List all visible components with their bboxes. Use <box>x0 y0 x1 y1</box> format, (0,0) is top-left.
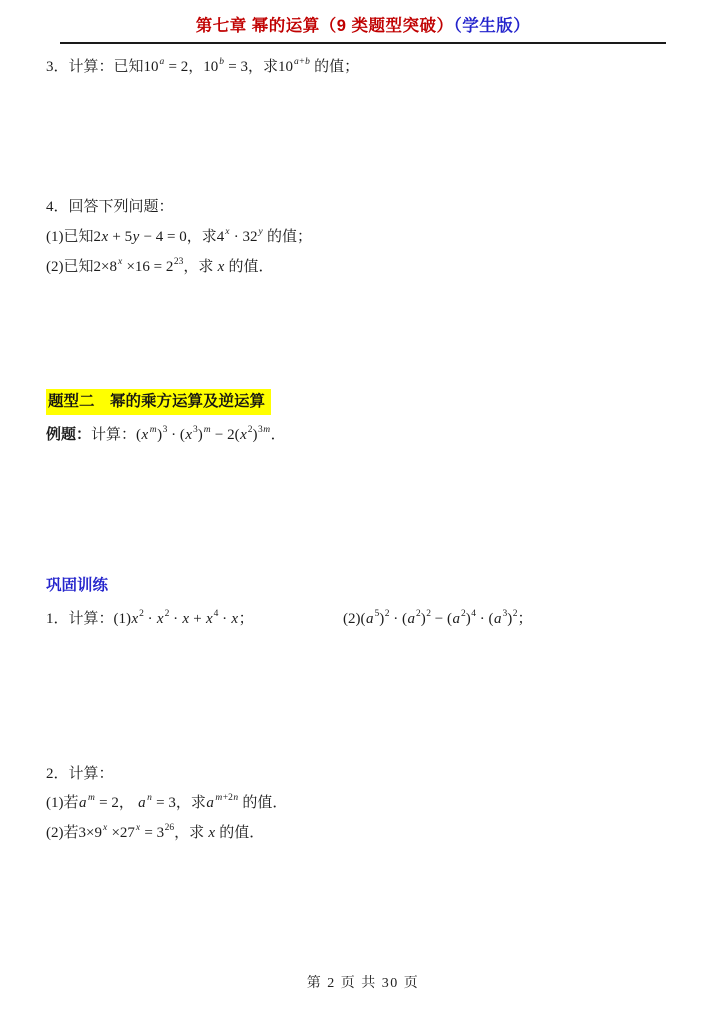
text-run: ， <box>119 795 138 811</box>
text-run: 计算： <box>91 427 136 443</box>
text-run: 的值． <box>239 795 288 811</box>
math-run: x <box>217 259 225 275</box>
text-run: 的值； <box>263 229 312 245</box>
text-run: ，求 <box>183 259 217 275</box>
text-run: (2)若 <box>46 825 79 841</box>
problem-2-heading: 2．计算： <box>46 764 114 784</box>
text-run: 4．回答下列问题： <box>46 199 174 215</box>
math-run: 10b = 3 <box>203 59 248 75</box>
text-run: ； <box>517 611 532 627</box>
text-run: ，求 <box>187 229 217 245</box>
math-run: 2×8x ×16 = 223 <box>94 259 184 275</box>
problem-1-part-2: (2)(a5)2 · (a2)2 − (a2)4 · (a3)2； <box>343 609 532 629</box>
problem-4-heading: 4．回答下列问题： <box>46 197 174 217</box>
problem-2-part-1: (1)若am = 2， an = 3，求am+2n 的值． <box>46 793 287 813</box>
page-footer: 第 2 页 共 30 页 <box>0 972 726 992</box>
example-line: 例题：计算：(xm)3 · (x3)m − 2(x2)3m． <box>46 425 286 445</box>
text-run: ，求 <box>174 825 208 841</box>
document-header: 第七章 幂的运算（9 类题型突破）（学生版） <box>0 12 726 36</box>
text-run: (1)若 <box>46 795 79 811</box>
text-run: 1．计算：(1) <box>46 611 131 627</box>
math-run: 10a+b <box>278 59 310 75</box>
problem-4-part-2: (2)已知2×8x ×16 = 223，求 x 的值． <box>46 257 274 277</box>
consolidation-heading: 巩固训练 <box>46 573 108 595</box>
text-run: ，求 <box>248 59 278 75</box>
topic-2-heading: 题型二 幂的乘方运算及逆运算 <box>46 389 271 415</box>
math-run: am+2n <box>206 795 239 811</box>
math-run: (xm)3 · (x3)m − 2(x2)3m <box>136 427 271 443</box>
header-title-edition: （学生版） <box>454 17 531 35</box>
text-run: (1)已知 <box>46 229 94 245</box>
problem-4-part-1: (1)已知2x + 5y − 4 = 0，求4x · 32y 的值； <box>46 227 312 247</box>
problem-1-line-left: 1．计算：(1)x2 · x2 · x + x4 · x； <box>46 609 254 629</box>
math-run: am = 2 <box>79 795 119 811</box>
document-page: 第七章 幂的运算（9 类题型突破）（学生版） 3．计算：已知10a = 2，10… <box>0 0 726 1024</box>
text-run: 2．计算： <box>46 766 114 782</box>
header-divider <box>60 42 666 44</box>
math-run: an = 3 <box>138 795 176 811</box>
text-run: 的值． <box>216 825 265 841</box>
text-run: (2) <box>343 611 361 627</box>
text-run: 的值； <box>310 59 359 75</box>
text-run: 的值． <box>225 259 274 275</box>
problem-3-line: 3．计算：已知10a = 2，10b = 3，求10a+b 的值； <box>46 57 359 77</box>
math-run: x2 · x2 · x + x4 · x <box>131 611 239 627</box>
math-run: 4x · 32y <box>217 229 263 245</box>
text-run: ，求 <box>176 795 206 811</box>
math-run: 3×9x ×27x = 326 <box>79 825 175 841</box>
math-run: x <box>208 825 216 841</box>
text-run: 例题： <box>46 426 91 443</box>
text-run: 3．计算：已知 <box>46 59 144 75</box>
math-run: (a5)2 · (a2)2 − (a2)4 · (a3)2 <box>361 611 518 627</box>
problem-2-part-2: (2)若3×9x ×27x = 326，求 x 的值． <box>46 823 264 843</box>
text-run: (2)已知 <box>46 259 94 275</box>
math-run: 10a = 2 <box>144 59 189 75</box>
topic-2-heading-band: 题型二 幂的乘方运算及逆运算 <box>46 389 271 415</box>
header-title-main: 第七章 幂的运算（9 类题型突破） <box>196 17 454 35</box>
math-run: 2x + 5y − 4 = 0 <box>94 229 187 245</box>
text-run: ； <box>239 611 254 627</box>
text-run: ， <box>188 59 203 75</box>
text-run: ． <box>271 427 286 443</box>
